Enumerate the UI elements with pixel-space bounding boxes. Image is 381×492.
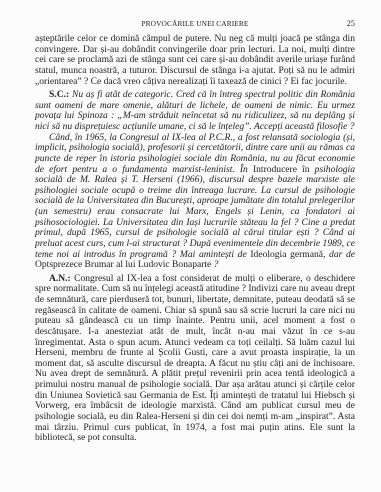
running-header: PROVOCĂRILE UNEI CARIERE 25 [35, 19, 355, 31]
text-segment: ? [211, 259, 218, 270]
text-segment: psihologia socială de M. Ralea și T. Her… [35, 164, 355, 260]
paragraph-text: Congresul al IX-lea a fost considerat de… [35, 273, 355, 443]
text-segment: Introducere în [253, 164, 310, 175]
paragraph-1: așteptările celor ce domină câmpul de pu… [35, 34, 355, 87]
paragraph-text: așteptările celor ce domină câmpul de pu… [35, 33, 355, 87]
paragraph-2: S.C.: Nu aș fi atât de categoric. Cred c… [35, 90, 355, 133]
page-number: 25 [347, 19, 355, 28]
text-segment: , dar de [323, 249, 355, 260]
book-title-ideologia: Ideologia germană [250, 249, 323, 260]
book-title-brumar: Optsprezece Brumar al lui Ludovic Bonapa… [35, 259, 211, 270]
page-body: așteptările celor ce domină câmpul de pu… [35, 34, 355, 444]
speaker-label: S.C.: [49, 89, 69, 100]
book-page: PROVOCĂRILE UNEI CARIERE 25 așteptările … [0, 0, 381, 492]
paragraph-3: Când, în 1965, la Congresul al IX-lea al… [35, 133, 355, 271]
speaker-label: A.N.: [49, 273, 71, 284]
paragraph-4: A.N.: Congresul al IX-lea a fost conside… [35, 274, 355, 444]
paragraph-text: Nu aș fi atât de categoric. Cred că în î… [35, 89, 355, 132]
running-title: PROVOCĂRILE UNEI CARIERE [35, 19, 355, 28]
